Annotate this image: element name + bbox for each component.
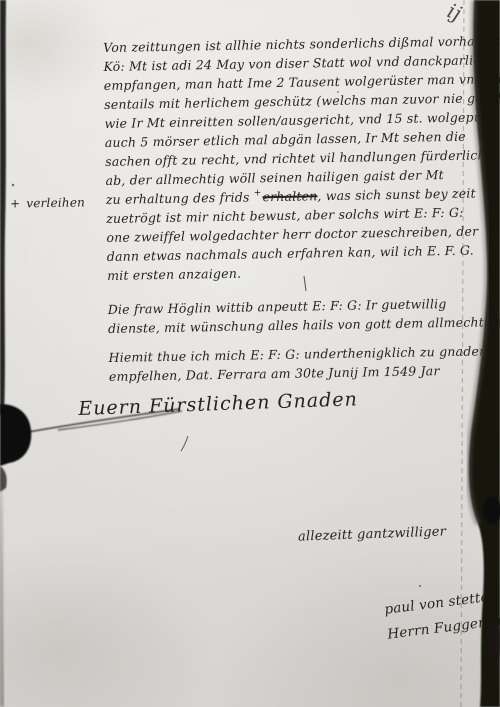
binding-blob [0,404,31,466]
left-edge-scratch [0,460,4,707]
body-line-pre: zu erhaltung des frids [106,189,254,207]
paragraph-2: Die fraw Höglin wittib anpeutt E: F: G: … [108,293,500,338]
ink-speck [12,184,14,186]
left-page-edge-shadow [0,0,6,415]
valediction: allezeitt gantzwilliger [298,524,447,544]
body-line-post: , was sich sunst bey zeit [317,186,476,204]
manuscript-page: ij +verleihen Von zeittungen ist allhie … [0,0,500,707]
closing-salutation: Euern Fürstlichen Gnaden [78,388,358,420]
ink-speck [419,585,421,587]
margin-note: +verleihen [10,195,85,210]
margin-note-text: verleihen [26,195,85,210]
paragraph-3: Hiemit thue ich mich E: F: G: undertheni… [108,341,500,386]
folio-mark: ij [444,0,465,26]
binding-blob-tail [0,466,7,492]
right-edge-blob [483,496,500,524]
struck-word: erhalten [262,188,317,204]
paragraph-1: Von zeittungen ist allhie nichts sonderl… [103,31,500,285]
letter-body: Von zeittungen ist allhie nichts sonderl… [103,31,500,386]
insertion-cross-icon: + [254,188,262,198]
insertion-cross-icon: + [10,196,21,210]
signature-block: paul von stetten Herrn Fuggern diener [383,579,500,648]
stray-ink-comma [181,436,188,451]
